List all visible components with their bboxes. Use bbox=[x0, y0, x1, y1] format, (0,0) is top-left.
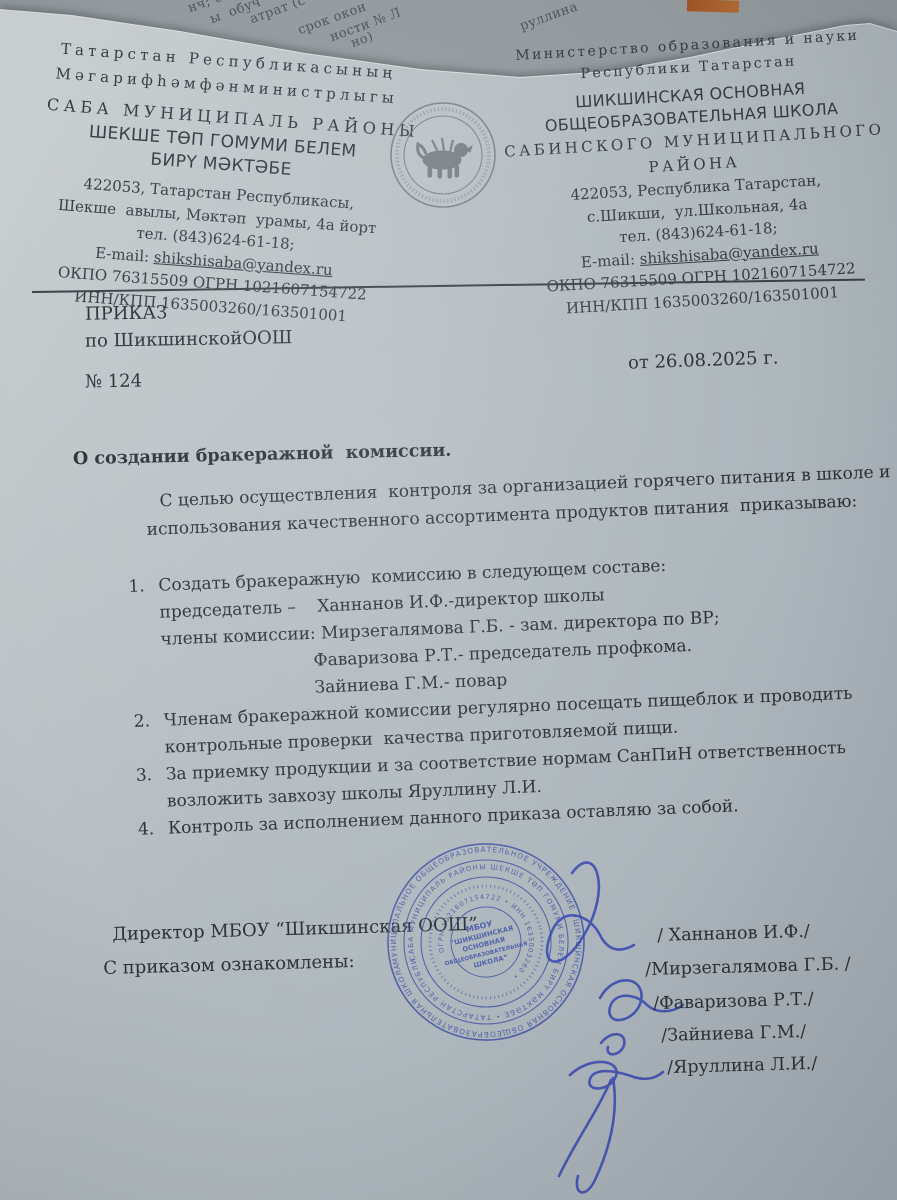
signatory-name: / Ханнанов И.Ф./ bbox=[657, 922, 810, 946]
order-number: № 124 bbox=[85, 371, 142, 393]
signatory-name: /Зайниева Г.М./ bbox=[661, 1022, 806, 1046]
order-item-list: 1.Создать бракеражную комиссию в следующ… bbox=[128, 544, 897, 844]
signatory-name: /Яруллина Л.И./ bbox=[667, 1054, 817, 1078]
letterhead-right: Министерство образования и науки Республ… bbox=[498, 24, 892, 323]
scanned-order-photo: нч; 07 ы обуч атрат (с срок окон ности №… bbox=[0, 0, 897, 1200]
order-title: ПРИКАЗ bbox=[85, 302, 168, 324]
tatarstan-emblem-seal bbox=[388, 100, 498, 210]
order-scope: по ШикшинскойООШ bbox=[85, 327, 293, 352]
